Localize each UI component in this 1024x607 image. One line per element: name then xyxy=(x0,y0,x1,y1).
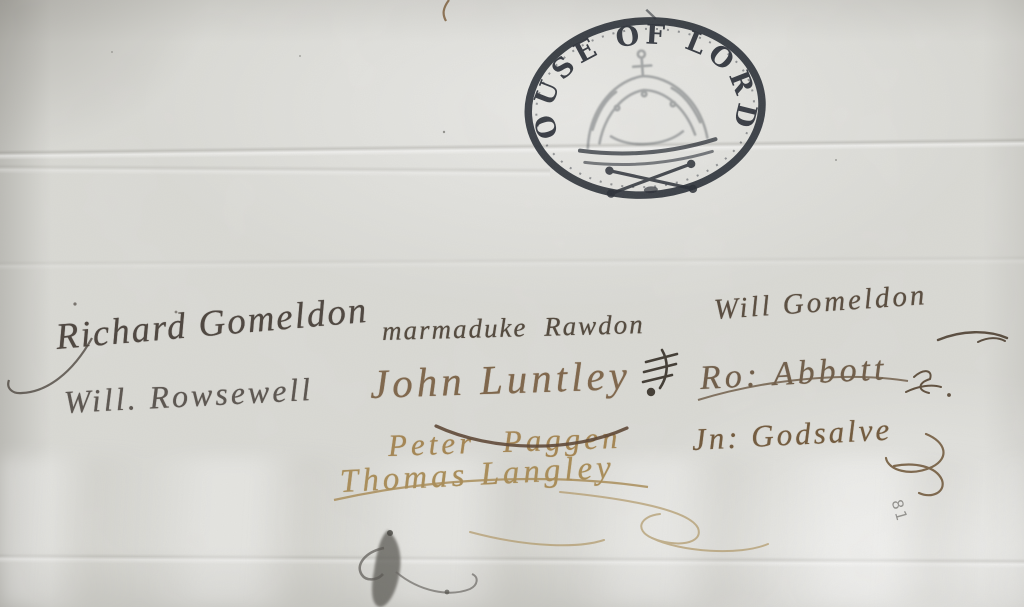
signature-marmaduke-rawdon: marmaduke Rawdon xyxy=(382,309,645,347)
ink-dot xyxy=(73,302,76,305)
signature-jn-godsalve: Jn: Godsalve xyxy=(691,412,893,458)
crown-icon xyxy=(581,46,707,148)
signature-will-rowsewell: Will. Rowsewell xyxy=(63,371,314,421)
langley-tail-flourish xyxy=(470,492,768,551)
fold-crease-top-2 xyxy=(0,156,550,182)
fold-crease-middle xyxy=(0,247,1024,274)
fold-crease-bottom xyxy=(0,545,1024,572)
signature-john-luntley: John Luntley xyxy=(369,351,631,408)
gomeldon-trailing-dash xyxy=(938,332,1007,342)
document-page: HOUSE OF LORDS xyxy=(0,0,1024,607)
stamp-text: HOUSE OF LORDS xyxy=(498,0,764,153)
top-pen-stub xyxy=(444,0,449,21)
ink-blot xyxy=(360,530,477,607)
signature-thomas-langley: Thomas Langley xyxy=(339,450,616,501)
signature-will-gomeldon: Will Gomeldon xyxy=(713,279,929,327)
house-of-lords-stamp: HOUSE OF LORDS xyxy=(498,0,791,216)
abbott-paraph-mark xyxy=(906,371,951,397)
rawdon-paraph xyxy=(643,350,677,396)
pencil-archive-number: 81 xyxy=(888,497,912,524)
signature-richard-gomeldon: Richard Gomeldon xyxy=(54,289,370,359)
godsalve-end-flourish xyxy=(886,434,943,495)
signature-ro-abbott: Ro: Abbott xyxy=(699,350,888,398)
